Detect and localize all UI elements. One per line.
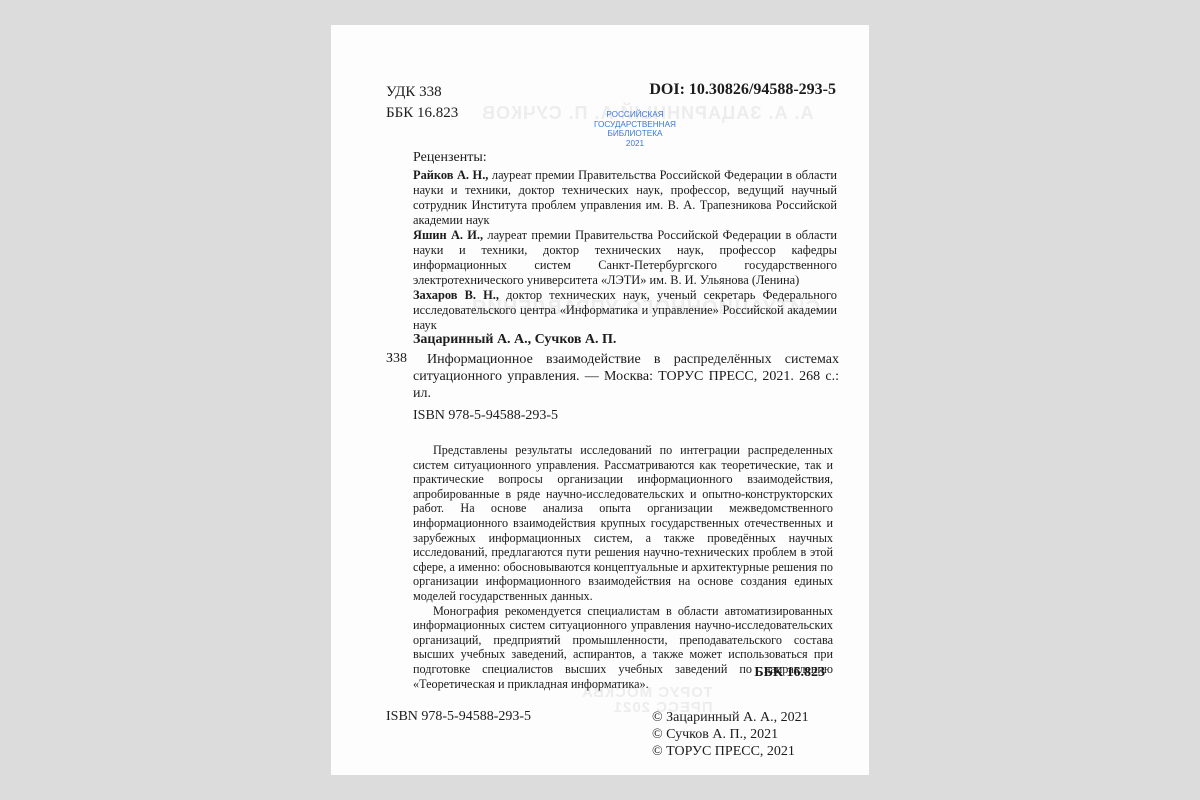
- reviewer-entry: Захаров В. Н., доктор технических наук, …: [413, 288, 837, 333]
- stamp-line: 2021: [590, 139, 680, 149]
- udk-code: УДК 338: [386, 82, 442, 102]
- isbn-bottom: ISBN 978-5-94588-293-5: [386, 709, 531, 725]
- copyright-line: © Зацаринный А. А., 2021: [652, 709, 809, 726]
- bbk-code: ББК 16.823: [386, 103, 458, 123]
- reviewer-entry: Яшин А. И., лауреат премии Правительства…: [413, 228, 837, 288]
- catalog-authors: Зацаринный А. А., Сучков А. П.: [413, 332, 616, 348]
- abstract-paragraph: Представлены результаты исследований по …: [413, 443, 833, 604]
- reviewer-name: Яшин А. И.,: [413, 228, 483, 242]
- library-stamp: РОССИЙСКАЯ ГОСУДАРСТВЕННАЯ БИБЛИОТЕКА 20…: [590, 110, 680, 148]
- reviewer-name: Райков А. Н.,: [413, 168, 488, 182]
- doi: DOI: 10.30826/94588-293-5: [649, 81, 836, 99]
- stamp-line: ГОСУДАРСТВЕННАЯ: [590, 120, 680, 130]
- stamp-line: БИБЛИОТЕКА: [590, 129, 680, 139]
- reviewer-entry: Райков А. Н., лауреат премии Правительст…: [413, 168, 837, 228]
- abstract: Представлены результаты исследований по …: [413, 443, 833, 691]
- reviewers-section: Рецензенты: Райков А. Н., лауреат премии…: [413, 149, 837, 333]
- catalog-citation: Информационное взаимодействие в распреде…: [413, 351, 839, 402]
- copyright-line: © Сучков А. П., 2021: [652, 726, 809, 743]
- reviewer-name: Захаров В. Н.,: [413, 288, 499, 302]
- copyright-line: © ТОРУС ПРЕСС, 2021: [652, 743, 809, 760]
- reviewers-heading: Рецензенты:: [413, 149, 837, 167]
- copyright-notices: © Зацаринный А. А., 2021 © Сучков А. П.,…: [652, 709, 809, 760]
- bbk-code-bottom: ББК 16.823: [754, 665, 825, 681]
- catalog-number: З38: [386, 351, 407, 367]
- catalog-isbn: ISBN 978-5-94588-293-5: [413, 408, 558, 424]
- book-page: А. А. ЗАЦАРИННЫЙ А. П. СУЧКОВ СИТУАЦИОНН…: [331, 25, 869, 775]
- stamp-line: РОССИЙСКАЯ: [590, 110, 680, 120]
